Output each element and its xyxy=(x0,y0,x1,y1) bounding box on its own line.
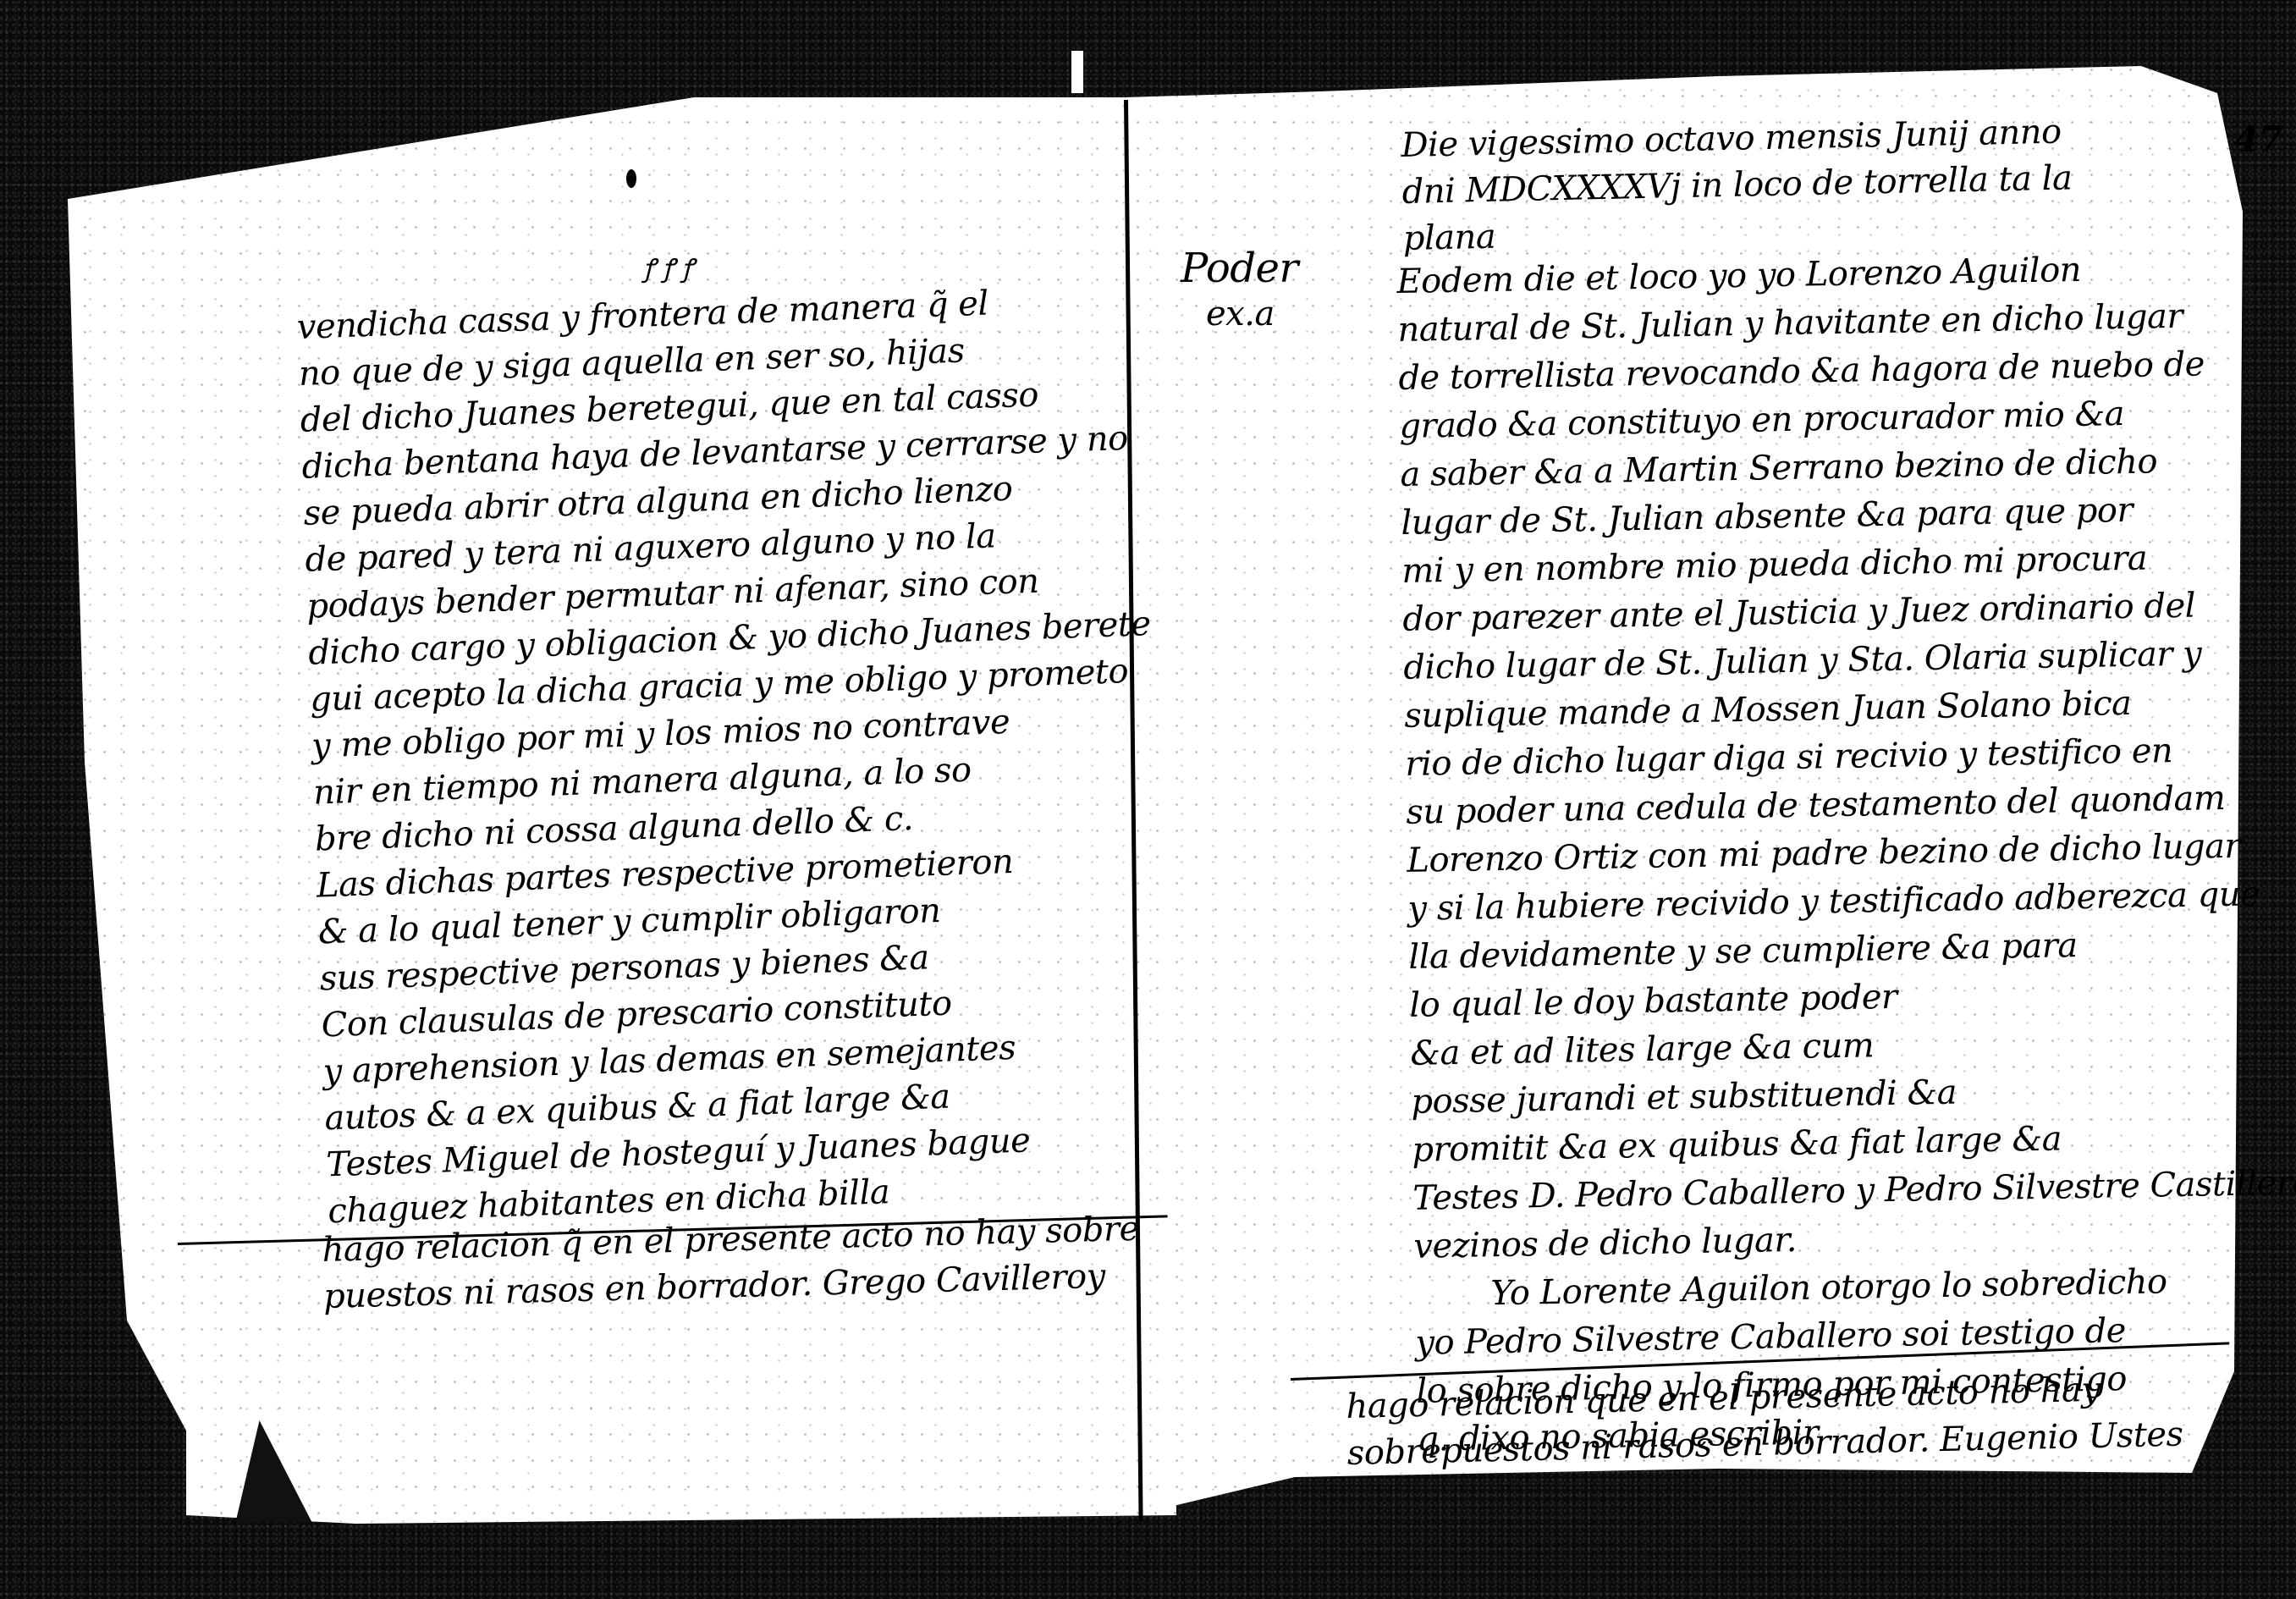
right-page-body: Eodem die et loco yo yo Lorenzo Aguilon … xyxy=(1396,242,2296,1464)
right-page-footer-note: hago relacion que en el presente acto no… xyxy=(1346,1365,2183,1477)
bookmark-strip xyxy=(1071,51,1083,93)
right-page-date-header: Die vigessimo octavo mensis Junij anno d… xyxy=(1401,108,2073,262)
ribbon-marker xyxy=(222,1420,312,1522)
margin-note-subtitle: ex.a xyxy=(1181,291,1298,337)
margin-note-title: Poder xyxy=(1181,245,1298,292)
left-page-body: vendicha cassa y frontera de manera q̃ e… xyxy=(296,275,1170,1235)
folio-number: 47 xyxy=(2234,119,2282,160)
ink-spot xyxy=(626,169,636,188)
margin-note: Poder ex.a xyxy=(1181,245,1298,337)
left-page-top-mark: ꝭ ꝭ ꝭ xyxy=(643,250,693,284)
